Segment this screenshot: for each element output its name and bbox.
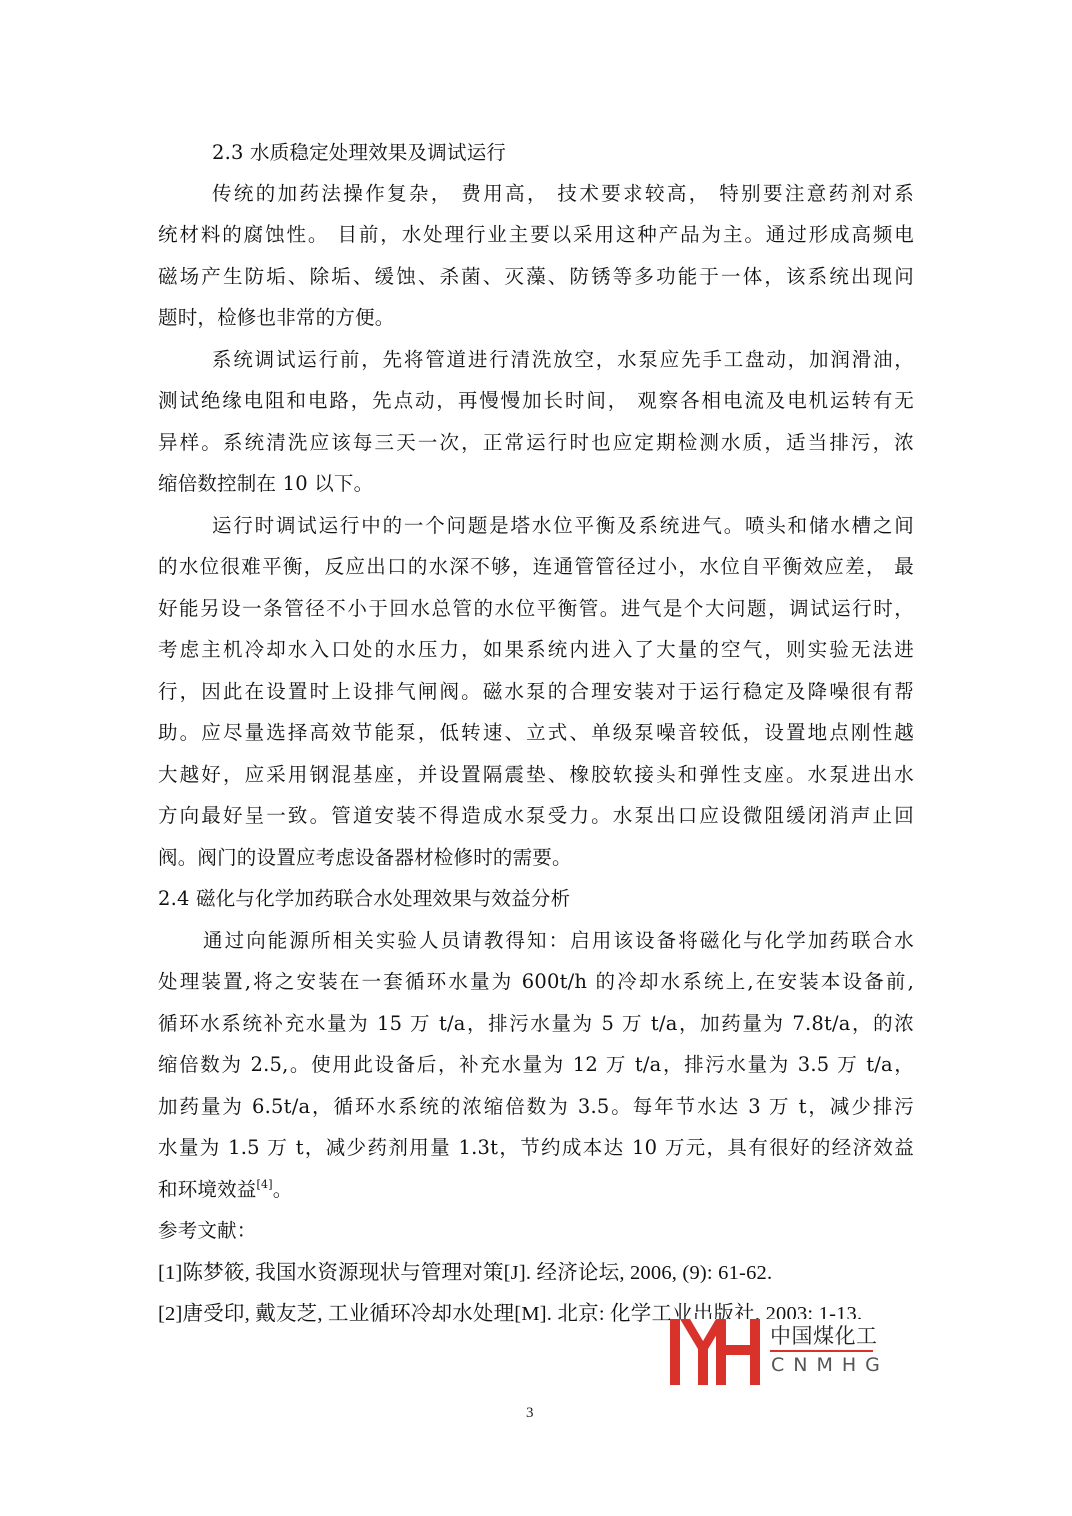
section-heading-2-4: 2.4 磁化与化学加药联合水处理效果与效益分析 (158, 886, 914, 912)
citation-link[interactable]: [4] (257, 1178, 273, 1191)
paragraph-line: 的水位很难平衡，反应出口的水深不够，连通管管径过小，水位自平衡效应差， 最 (158, 554, 914, 580)
section-heading-2-3: 2.3 水质稳定处理效果及调试运行 (212, 140, 914, 166)
paragraph-line: 题时，检修也非常的方便。 (158, 305, 914, 331)
paragraph-line: 缩倍数为 2.5,。使用此设备后，补充水量为 12 万 t/a，排污水量为 3.… (158, 1052, 914, 1078)
paragraph-line: 通过向能源所相关实验人员请教得知：启用该设备将磁化与化学加药联合水 (203, 928, 914, 954)
paragraph-line: 处理装置,将之安装在一套循环水量为 600t/h 的冷却水系统上,在安装本设备前… (158, 969, 914, 995)
paragraph-line: 阀。阀门的设置应考虑设备器材检修时的需要。 (158, 845, 914, 871)
watermark-name-cn: 中国煤化工 (770, 1320, 878, 1350)
watermark-divider (770, 1350, 873, 1352)
paragraph-line: 磁场产生防垢、除垢、缓蚀、杀菌、灭藻、防锈等多功能于一体，该系统出现问 (158, 264, 914, 290)
paragraph-line: 助。应尽量选择高效节能泵，低转速、立式、单级泵噪音较低，设置地点刚性越 (158, 720, 914, 746)
watermark-name-en: CNMHG (771, 1354, 889, 1376)
watermark-logo: 中国煤化工 CNMHG (670, 1319, 880, 1385)
references-heading: 参考文献： (158, 1218, 914, 1244)
paragraph-line: 统材料的腐蚀性。 目前，水处理行业主要以采用这种产品为主。通过形成高频电 (158, 222, 914, 248)
paragraph-line: 水量为 1.5 万 t，减少药剂用量 1.3t，节约成本达 10 万元，具有很好… (158, 1135, 914, 1161)
paragraph-line: 异样。系统清洗应该每三天一次，正常运行时也应定期检测水质，适当排污，浓 (158, 430, 914, 456)
paragraph-line: 加药量为 6.5t/a，循环水系统的浓缩倍数为 3.5。每年节水达 3 万 t，… (158, 1094, 914, 1120)
page-number: 3 (526, 1405, 534, 1422)
paragraph-line: 缩倍数控制在 10 以下。 (158, 471, 914, 497)
reference-item-1: [1]陈梦筱, 我国水资源现状与管理对策[J]. 经济论坛, 2006, (9)… (158, 1260, 914, 1286)
paragraph-last-line: 和环境效益[4]。 (158, 1177, 914, 1203)
mh-logo-icon (670, 1319, 766, 1385)
paragraph-line: 方向最好呈一致。管道安装不得造成水泵受力。水泵出口应设微阻缓闭消声止回 (158, 803, 914, 829)
paragraph-line: 测试绝缘电阻和电路，先点动，再慢慢加长时间， 观察各相电流及电机运转有无 (158, 388, 914, 414)
paragraph-line: 传统的加药法操作复杂， 费用高， 技术要求较高， 特别要注意药剂对系 (212, 181, 914, 207)
last-line-text: 和环境效益 (158, 1178, 257, 1201)
paragraph-line: 循环水系统补充水量为 15 万 t/a，排污水量为 5 万 t/a，加药量为 7… (158, 1011, 914, 1037)
paragraph-line: 好能另设一条管径不小于回水总管的水位平衡管。进气是个大问题，调试运行时， (158, 596, 914, 622)
paragraph-line: 运行时调试运行中的一个问题是塔水位平衡及系统进气。喷头和储水槽之间 (212, 513, 914, 539)
document-page: 2.3 水质稳定处理效果及调试运行 传统的加药法操作复杂， 费用高， 技术要求较… (0, 0, 1072, 1516)
paragraph-line: 系统调试运行前，先将管道进行清洗放空，水泵应先手工盘动，加润滑油， (212, 347, 914, 373)
last-line-punct: 。 (273, 1178, 293, 1201)
paragraph-line: 大越好，应采用钢混基座，并设置隔震垫、橡胶软接头和弹性支座。水泵进出水 (158, 762, 914, 788)
paragraph-line: 行，因此在设置时上设排气闸阀。磁水泵的合理安装对于运行稳定及降噪很有帮 (158, 679, 914, 705)
paragraph-line: 考虑主机冷却水入口处的水压力，如果系统内进入了大量的空气，则实验无法进 (158, 637, 914, 663)
